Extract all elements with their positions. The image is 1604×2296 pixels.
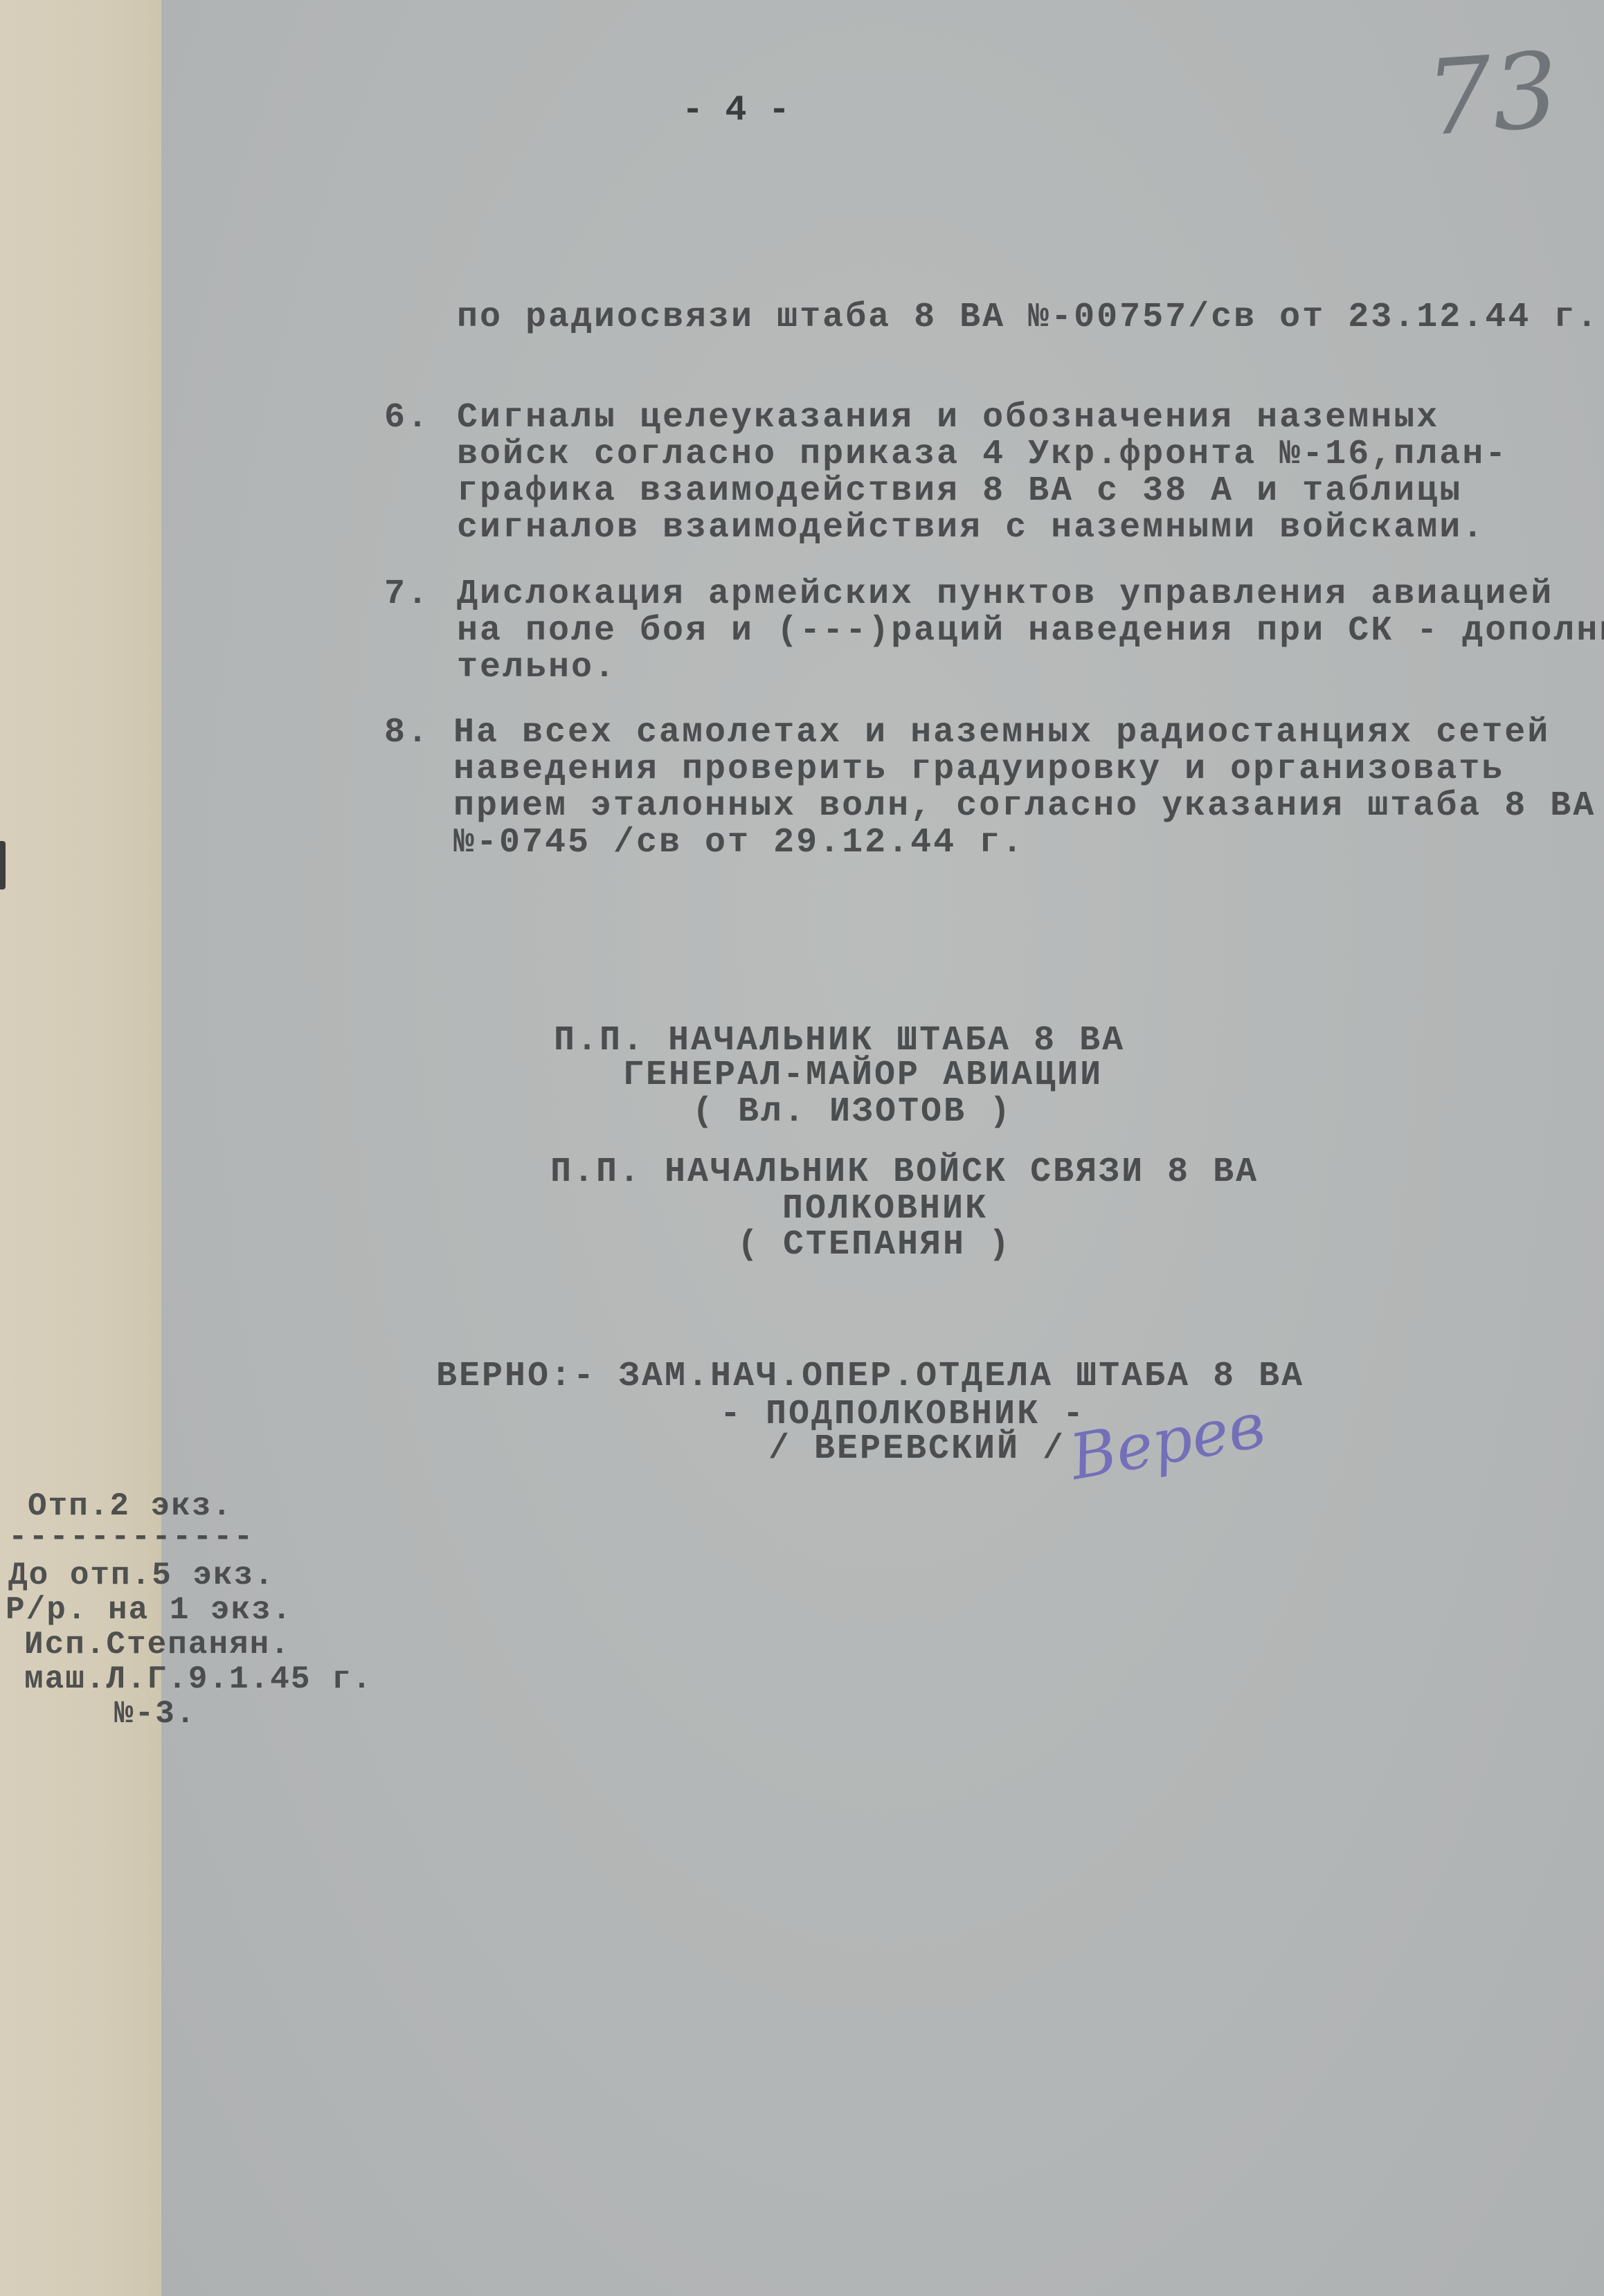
margin-strip: [0, 0, 161, 2296]
margin-note-1: До отп.5 экз.: [8, 1557, 275, 1593]
certified-title: ВЕРНО:- ЗАМ.НАЧ.ОПЕР.ОТДЕЛА ШТАБА 8 ВА: [436, 1357, 1304, 1396]
punch-hole-mark: [0, 841, 6, 889]
item-6-line-1: Сигналы целеуказания и обозначения назем…: [457, 398, 1439, 437]
margin-note-2: Р/р. на 1 экз.: [6, 1592, 292, 1628]
item-8-line-1: На всех самолетах и наземных радиостанци…: [453, 713, 1550, 752]
document-sheet: [161, 0, 1604, 2296]
item-8-line-4: №-0745 /св от 29.12.44 г.: [453, 823, 1025, 862]
chief-of-staff-title: П.П. НАЧАЛЬНИК ШТАБА 8 ВА: [554, 1021, 1125, 1060]
margin-note-4: маш.Л.Г.9.1.45 г.: [24, 1661, 372, 1697]
chief-of-signals-title: П.П. НАЧАЛЬНИК ВОЙСК СВЯЗИ 8 ВА: [550, 1152, 1259, 1192]
item-8-line-2: наведения проверить градуировку и органи…: [453, 750, 1504, 789]
item-7-line-3: тельно.: [457, 648, 617, 687]
margin-separator: ------------: [8, 1519, 254, 1555]
chief-of-signals-name: ( СТЕПАНЯН ): [737, 1225, 1011, 1265]
certified-name: / ВЕРЕВСКИЙ /: [768, 1429, 1065, 1469]
page-number: - 4 -: [682, 90, 790, 131]
item-6-line-2: войск согласно приказа 4 Укр.фронта №-16…: [457, 435, 1508, 474]
item-6-line-4: сигналов взаимодействия с наземными войс…: [457, 508, 1485, 548]
item-8-number: 8.: [384, 713, 430, 752]
continuation-line: по радиосвязи штаба 8 ВА №-00757/св от 2…: [457, 298, 1599, 337]
chief-of-signals-rank: ПОЛКОВНИК: [782, 1189, 988, 1229]
item-6-number: 6.: [384, 398, 430, 437]
chief-of-staff-name: ( Вл. ИЗОТОВ ): [692, 1092, 1012, 1132]
item-8-line-3: прием эталонных волн, согласно указания …: [453, 786, 1596, 826]
item-7-number: 7.: [384, 575, 430, 614]
margin-note-5: №-3.: [114, 1696, 196, 1732]
chief-of-staff-rank: ГЕНЕРАЛ-МАЙОР АВИАЦИИ: [623, 1056, 1103, 1095]
handwritten-folio-number: 73: [1422, 30, 1562, 160]
certified-rank: - ПОДПОЛКОВНИК -: [720, 1395, 1085, 1434]
item-7-line-2: на поле боя и (---)раций наведения при С…: [457, 611, 1604, 651]
margin-note-3: Исп.Степанян.: [24, 1627, 291, 1663]
item-7-line-1: Дислокация армейских пунктов управления …: [457, 575, 1553, 614]
item-6-line-3: графика взаимодействия 8 ВА с 38 А и таб…: [457, 471, 1462, 511]
